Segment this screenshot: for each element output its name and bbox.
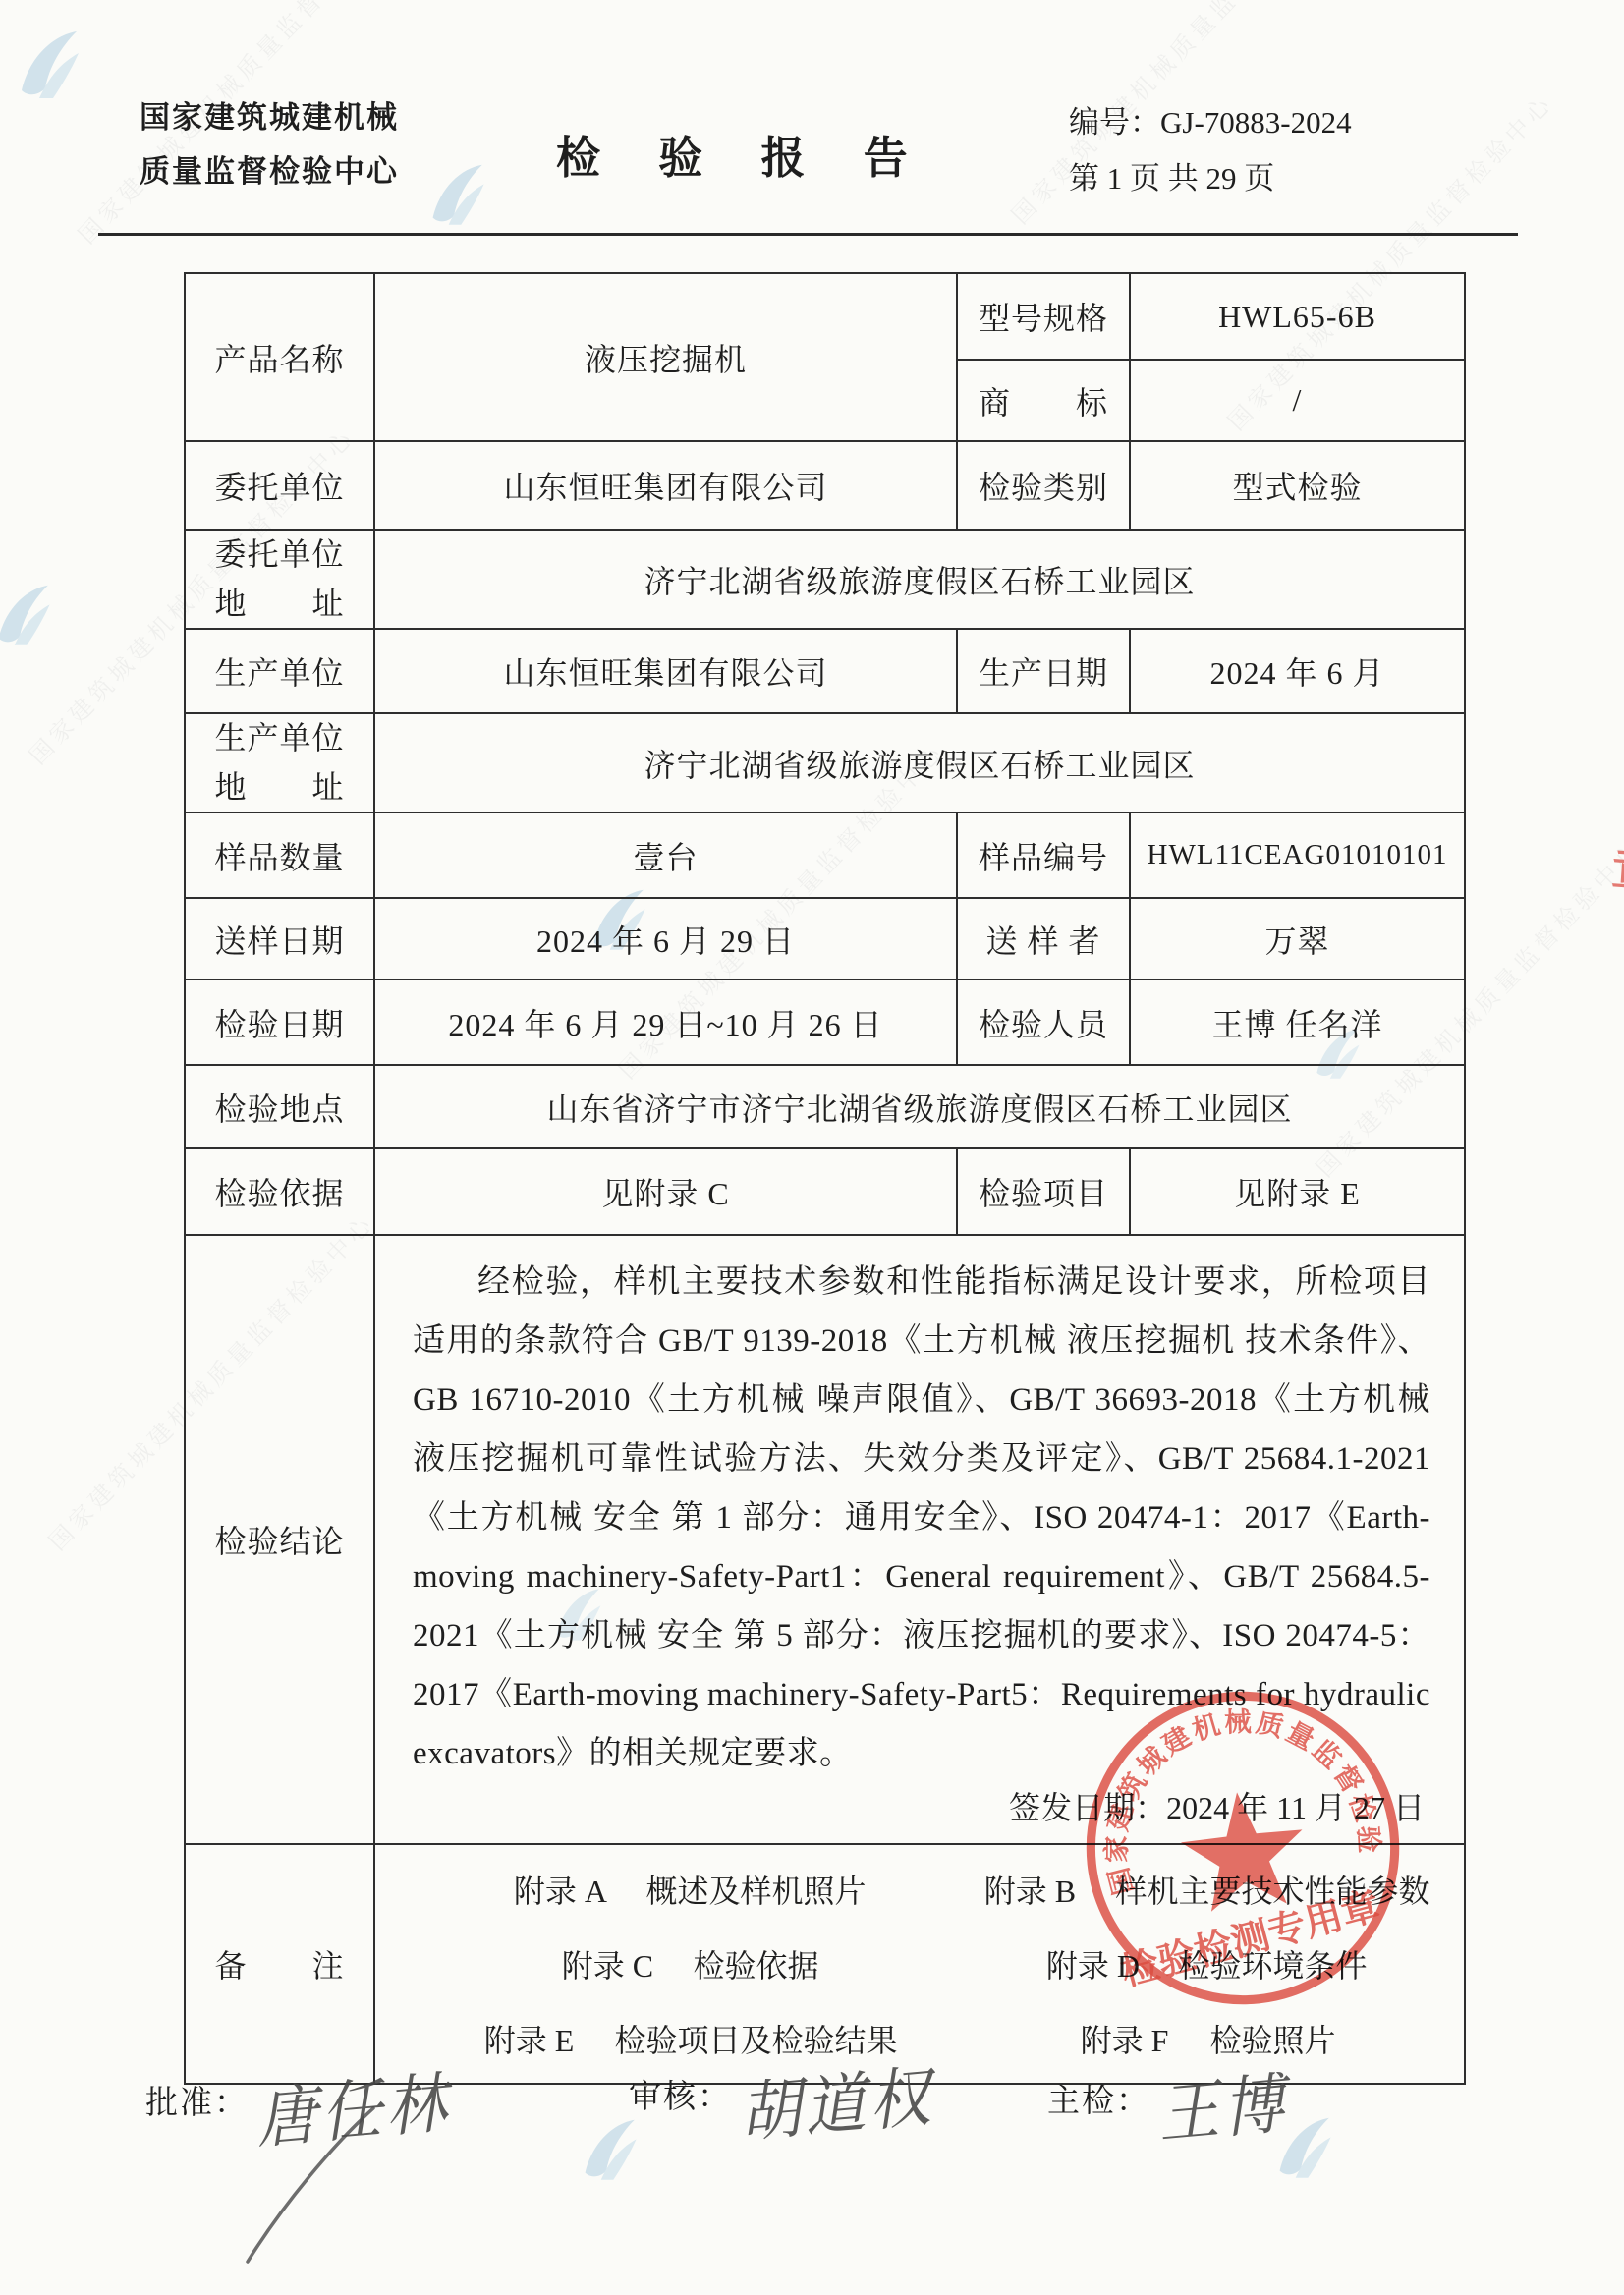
- org-name-block: 国家建筑城建机械 质量监督检验中心: [140, 90, 399, 198]
- product-name-value: 液压挖掘机: [374, 273, 957, 441]
- items-value: 见附录 E: [1130, 1148, 1465, 1235]
- delivery-date-label: 送样日期: [185, 898, 374, 980]
- inspection-date-label: 检验日期: [185, 980, 374, 1065]
- table-row: 委托单位 地 址 济宁北湖省级旅游度假区石桥工业园区: [185, 530, 1465, 629]
- appendix-code: 附录 F: [1066, 2016, 1182, 2061]
- appendix-item: 附录 D检验环境条件: [952, 1941, 1450, 1987]
- reviewer-signature-group: 审核：胡道权: [629, 2055, 940, 2143]
- table-row: 产品名称 液压挖掘机 型号规格 HWL65-6B: [185, 273, 1465, 360]
- inspection-type-value: 型式检验: [1130, 441, 1465, 530]
- table-row: 送样日期 2024 年 6 月 29 日 送 样 者 万翠: [185, 898, 1465, 980]
- conclusion-cell: 经检验，样机主要技术参数和性能指标满足设计要求，所检项目适用的条款符合 GB/T…: [374, 1235, 1465, 1844]
- appendix-code: 附录 D: [1035, 1941, 1150, 1987]
- table-row: 生产单位 地 址 济宁北湖省级旅游度假区石桥工业园区: [185, 713, 1465, 812]
- manufacturer-value: 山东恒旺集团有限公司: [374, 629, 957, 713]
- appendix-code: 附录 A: [502, 1867, 618, 1912]
- inspection-date-value: 2024 年 6 月 29 日~10 月 26 日: [374, 980, 957, 1065]
- location-value: 山东省济宁市济宁北湖省级旅游度假区石桥工业园区: [374, 1065, 1465, 1148]
- header-divider: [98, 233, 1518, 236]
- appendix-code: 附录 E: [471, 2016, 587, 2061]
- appendix-title: 检验环境条件: [1178, 1948, 1367, 1984]
- report-number-block: 编号：GJ-70883-2024 第 1 页 共 29 页: [1069, 94, 1352, 207]
- approver-signature-group: 批准：唐任林: [145, 2061, 457, 2149]
- client-value: 山东恒旺集团有限公司: [374, 441, 957, 530]
- client-address-label-line2: 地 址: [194, 580, 365, 629]
- report-info-table: 产品名称 液压挖掘机 型号规格 HWL65-6B 商 标 / 委托单位 山东恒旺…: [184, 272, 1466, 2085]
- side-stamp-fragment: 检验专用章: [1550, 847, 1624, 1201]
- sample-sender-label: 送 样 者: [957, 898, 1130, 980]
- client-address-label: 委托单位 地 址: [185, 530, 374, 629]
- issue-date: 签发日期：2024 年 11 月 27 日: [413, 1783, 1430, 1828]
- watermark-logo-icon: [0, 580, 55, 654]
- watermark-logo-icon: [8, 26, 84, 108]
- org-name-line1: 国家建筑城建机械: [140, 90, 399, 144]
- page-info: 第 1 页 共 29 页: [1069, 150, 1352, 206]
- appendix-title: 概述及样机照片: [645, 1874, 866, 1909]
- manufacturer-label: 生产单位: [185, 629, 374, 713]
- model-label: 型号规格: [957, 273, 1130, 360]
- delivery-date-value: 2024 年 6 月 29 日: [374, 898, 957, 980]
- client-label: 委托单位: [185, 441, 374, 530]
- org-name-line2: 质量监督检验中心: [140, 144, 399, 198]
- chief-inspector-signature-group: 主检：王博: [1047, 2059, 1294, 2147]
- sample-qty-value: 壹台: [374, 812, 957, 898]
- sample-no-label: 样品编号: [957, 812, 1130, 898]
- table-row: 生产单位 山东恒旺集团有限公司 生产日期 2024 年 6 月: [185, 629, 1465, 713]
- manufacturer-address-label-line1: 生产单位: [194, 714, 365, 763]
- watermark-logo-icon: [420, 159, 489, 234]
- production-date-value: 2024 年 6 月: [1130, 629, 1465, 713]
- chief-inspector-label: 主检：: [1047, 2084, 1150, 2119]
- model-value: HWL65-6B: [1130, 273, 1465, 360]
- table-row: 样品数量 壹台 样品编号 HWL11CEAG01010101: [185, 812, 1465, 898]
- appendix-item: 附录 A概述及样机照片: [417, 1867, 952, 1912]
- conclusion-text: 经检验，样机主要技术参数和性能指标满足设计要求，所检项目适用的条款符合 GB/T…: [413, 1253, 1430, 1783]
- basis-label: 检验依据: [185, 1148, 374, 1235]
- trademark-label: 商 标: [957, 360, 1130, 441]
- remarks-label: 备 注: [185, 1844, 374, 2084]
- client-address-label-line1: 委托单位: [194, 531, 365, 580]
- inspection-type-label: 检验类别: [957, 441, 1130, 530]
- table-row: 检验日期 2024 年 6 月 29 日~10 月 26 日 检验人员 王博 任…: [185, 980, 1465, 1065]
- inspectors-label: 检验人员: [957, 980, 1130, 1065]
- table-row: 委托单位 山东恒旺集团有限公司 检验类别 型式检验: [185, 441, 1465, 530]
- sample-sender-value: 万翠: [1130, 898, 1465, 980]
- report-title: 检 验 报 告: [556, 122, 931, 186]
- manufacturer-address-label-line2: 地 址: [194, 763, 365, 812]
- sample-no-value: HWL11CEAG01010101: [1130, 812, 1465, 898]
- inspectors-value: 王博 任名洋: [1130, 980, 1465, 1065]
- table-row: 检验地点 山东省济宁市济宁北湖省级旅游度假区石桥工业园区: [185, 1065, 1465, 1148]
- reviewer-label: 审核：: [629, 2080, 732, 2115]
- table-row: 检验结论 经检验，样机主要技术参数和性能指标满足设计要求，所检项目适用的条款符合…: [185, 1235, 1465, 1844]
- location-label: 检验地点: [185, 1065, 374, 1148]
- approver-label: 批准：: [145, 2086, 249, 2121]
- appendix-code: 附录 B: [972, 1867, 1088, 1912]
- table-row: 备 注 附录 A概述及样机照片 附录 B样机主要技术性能参数 附录 C检验依据 …: [185, 1844, 1465, 2084]
- side-stamp-text: 检验专用章: [1574, 847, 1624, 1201]
- reviewer-signature: 胡道权: [739, 2043, 948, 2155]
- manufacturer-address-value: 济宁北湖省级旅游度假区石桥工业园区: [374, 713, 1465, 812]
- approver-signature: 唐任林: [255, 2048, 465, 2161]
- product-name-label: 产品名称: [185, 273, 374, 441]
- table-row: 检验依据 见附录 C 检验项目 见附录 E: [185, 1148, 1465, 1235]
- chief-inspector-signature: 王博: [1157, 2049, 1302, 2156]
- trademark-value: /: [1130, 360, 1465, 441]
- basis-value: 见附录 C: [374, 1148, 957, 1235]
- appendix-item: 附录 C检验依据: [417, 1941, 952, 1987]
- inspection-report-page: 国家建筑城建机械质量监督检验中心 国家建筑城建机械质量监督检验中心 国家建筑城建…: [0, 0, 1624, 2295]
- manufacturer-address-label: 生产单位 地 址: [185, 713, 374, 812]
- report-number: 编号：GJ-70883-2024: [1069, 94, 1352, 150]
- appendix-item: 附录 F检验照片: [952, 2016, 1450, 2061]
- appendix-title: 样机主要技术性能参数: [1115, 1874, 1429, 1909]
- appendix-item: 附录 B样机主要技术性能参数: [952, 1867, 1450, 1912]
- conclusion-label: 检验结论: [185, 1235, 374, 1844]
- sample-qty-label: 样品数量: [185, 812, 374, 898]
- appendix-code: 附录 C: [549, 1941, 665, 1987]
- items-label: 检验项目: [957, 1148, 1130, 1235]
- client-address-value: 济宁北湖省级旅游度假区石桥工业园区: [374, 530, 1465, 629]
- appendix-title: 检验依据: [693, 1948, 818, 1984]
- production-date-label: 生产日期: [957, 629, 1130, 713]
